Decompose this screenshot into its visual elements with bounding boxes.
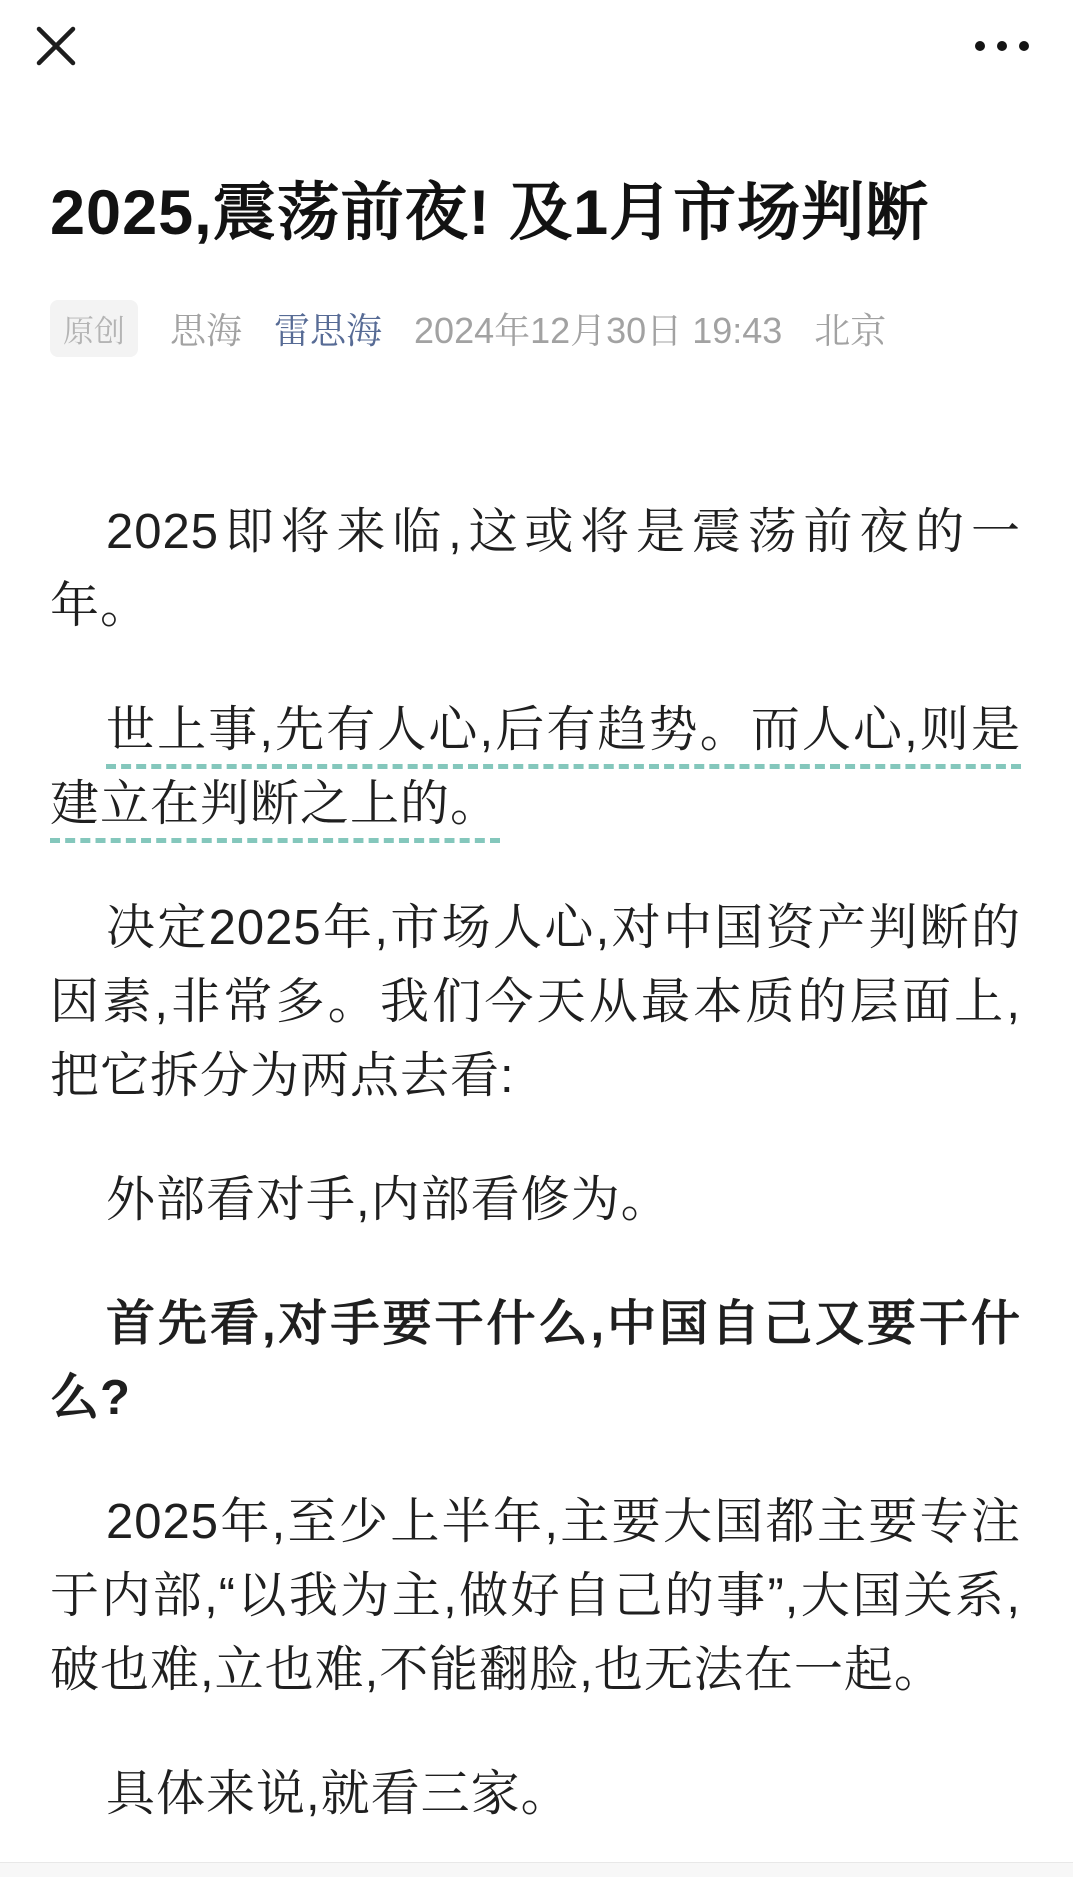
article-paragraph: 外部看对手,内部看修为。 bbox=[50, 1163, 1021, 1237]
original-badge: 原创 bbox=[50, 300, 138, 357]
article-page: 2025,震荡前夜! 及1月市场判断 原创 思海 雷思海 2024年12月30日… bbox=[0, 0, 1073, 1877]
publish-location: 北京 bbox=[814, 303, 886, 354]
article-paragraph: 具体来说,就看三家。 bbox=[50, 1757, 1021, 1831]
more-options-button[interactable] bbox=[967, 27, 1037, 65]
close-icon bbox=[34, 24, 78, 68]
article-body: 2025即将来临,这或将是震荡前夜的一年。世上事,先有人心,后有趋势。而人心,则… bbox=[50, 495, 1021, 1831]
article-paragraph: 决定2025年,市场人心,对中国资产判断的因素,非常多。我们今天从最本质的层面上… bbox=[50, 891, 1021, 1113]
article-paragraph: 首先看,对手要干什么,中国自己又要干什么? bbox=[50, 1287, 1021, 1435]
publish-datetime: 2024年12月30日 19:43 bbox=[414, 303, 782, 354]
article-paragraph: 2025即将来临,这或将是震荡前夜的一年。 bbox=[50, 495, 1021, 643]
bottom-toolbar-edge bbox=[0, 1862, 1073, 1877]
author-name: 思海 bbox=[170, 303, 242, 354]
article-paragraph: 2025年,至少上半年,主要大国都主要专注于内部,“以我为主,做好自己的事”,大… bbox=[50, 1485, 1021, 1707]
dashed-underline-text: 世上事,先有人心,后有趋势。而人心,则是建立在判断之上的。 bbox=[50, 703, 1021, 843]
account-link[interactable]: 雷思海 bbox=[274, 303, 382, 354]
close-button[interactable] bbox=[30, 20, 82, 72]
top-bar bbox=[0, 0, 1073, 92]
article-title: 2025,震荡前夜! 及1月市场判断 bbox=[50, 176, 1027, 250]
article-byline: 原创 思海 雷思海 2024年12月30日 19:43 北京 bbox=[50, 300, 1023, 357]
article-paragraph: 世上事,先有人心,后有趋势。而人心,则是建立在判断之上的。 bbox=[50, 693, 1021, 841]
ellipsis-icon bbox=[975, 41, 1029, 51]
